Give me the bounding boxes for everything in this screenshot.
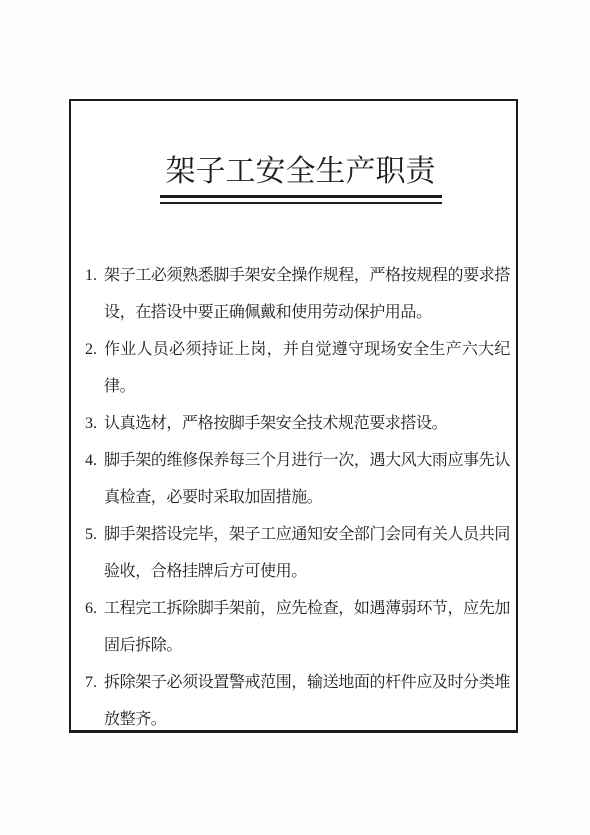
list-item-text: 脚手架搭设完毕，架子工应通知安全部门会同有关人员共同验收，合格挂牌后方可使用。 (104, 526, 510, 580)
list-item-text: 认真选材，严格按脚手架安全技术规范要求搭设。 (104, 415, 447, 432)
list-item-number: 4. (85, 442, 97, 479)
list-item-number: 7. (85, 664, 97, 701)
list-item-number: 2. (85, 331, 97, 368)
list-item: 1. 架子工必须熟悉脚手架安全操作规程，严格按规程的要求搭设，在搭设中要正确佩戴… (85, 257, 510, 331)
list-item-text: 脚手架的维修保养每三个月进行一次，遇大风大雨应事先认真检查，必要时采取加固措施。 (104, 452, 510, 506)
duty-list: 1. 架子工必须熟悉脚手架安全操作规程，严格按规程的要求搭设，在搭设中要正确佩戴… (85, 257, 510, 738)
title-double-underline (160, 195, 442, 204)
title-block: 架子工安全生产职责 (78, 155, 523, 204)
list-item-text: 架子工必须熟悉脚手架安全操作规程，严格按规程的要求搭设，在搭设中要正确佩戴和使用… (104, 267, 510, 321)
list-item-number: 1. (85, 257, 97, 294)
list-item-number: 3. (85, 405, 97, 442)
list-item: 7. 拆除架子必须设置警戒范围，输送地面的杆件应及时分类堆放整齐。 (85, 664, 510, 738)
list-item: 4. 脚手架的维修保养每三个月进行一次，遇大风大雨应事先认真检查，必要时采取加固… (85, 442, 510, 516)
list-item: 3. 认真选材，严格按脚手架安全技术规范要求搭设。 (85, 405, 510, 442)
list-item-text: 作业人员必须持证上岗，并自觉遵守现场安全生产六大纪律。 (104, 341, 510, 395)
list-item: 5. 脚手架搭设完毕，架子工应通知安全部门会同有关人员共同验收，合格挂牌后方可使… (85, 516, 510, 590)
list-item: 6. 工程完工拆除脚手架前，应先检查，如遇薄弱环节，应先加固后拆除。 (85, 590, 510, 664)
list-item-text: 工程完工拆除脚手架前，应先检查，如遇薄弱环节，应先加固后拆除。 (104, 600, 510, 654)
document-border-frame: 架子工安全生产职责 1. 架子工必须熟悉脚手架安全操作规程，严格按规程的要求搭设… (69, 99, 518, 733)
list-item-number: 5. (85, 516, 97, 553)
document-title: 架子工安全生产职责 (78, 155, 523, 189)
list-item-number: 6. (85, 590, 97, 627)
scanned-document-page: 架子工安全生产职责 1. 架子工必须熟悉脚手架安全操作规程，严格按规程的要求搭设… (0, 0, 590, 835)
list-item-text: 拆除架子必须设置警戒范围，输送地面的杆件应及时分类堆放整齐。 (104, 674, 510, 728)
list-item: 2. 作业人员必须持证上岗，并自觉遵守现场安全生产六大纪律。 (85, 331, 510, 405)
